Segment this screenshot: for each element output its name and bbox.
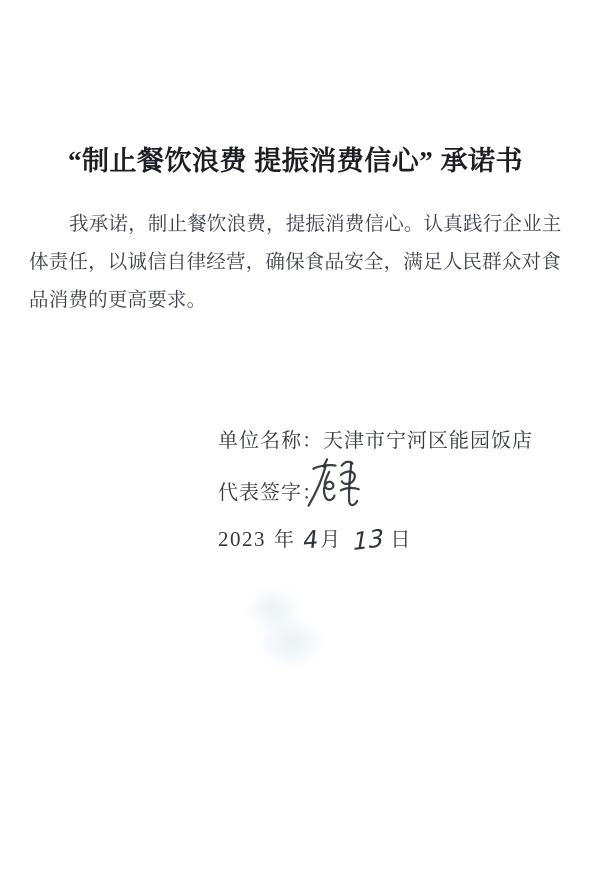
date-month-unit: 月 xyxy=(320,529,341,551)
handwritten-signature xyxy=(306,455,364,513)
unit-name-row: 单位名称：天津市宁河区能园饭店 xyxy=(218,424,533,453)
handwritten-month-number: 4 xyxy=(301,527,319,552)
unit-name-label: 单位名称： xyxy=(218,430,323,452)
pledge-line-3: 品消费的更高要求。 xyxy=(29,282,561,320)
date-year: 2023 xyxy=(218,527,266,551)
date-year-unit: 年 xyxy=(274,529,295,551)
ink-bleed-through-mark xyxy=(262,620,320,664)
unit-name-value: 天津市宁河区能园饭店 xyxy=(323,430,533,452)
pledge-line-2: 体责任，以诚信自律经营，确保食品安全，满足人民群众对食 xyxy=(29,244,561,282)
scanned-pledge-page: “制止餐饮浪费 提振消费信心” 承诺书 我承诺，制止餐饮浪费，提振消费信心。认真… xyxy=(0,0,591,886)
pledge-line-1: 我承诺，制止餐饮浪费，提振消费信心。认真践行企业主 xyxy=(29,206,561,244)
document-title: “制止餐饮浪费 提振消费信心” 承诺书 xyxy=(0,139,591,178)
handwritten-day-number: 13 xyxy=(353,526,385,554)
pledge-paragraph: 我承诺，制止餐饮浪费，提振消费信心。认真践行企业主 体责任，以诚信自律经营，确保… xyxy=(29,206,561,320)
ink-bleed-through-mark xyxy=(250,590,296,628)
date-day-unit: 日 xyxy=(390,529,411,551)
date-row: 2023年4月13日 xyxy=(218,523,413,552)
